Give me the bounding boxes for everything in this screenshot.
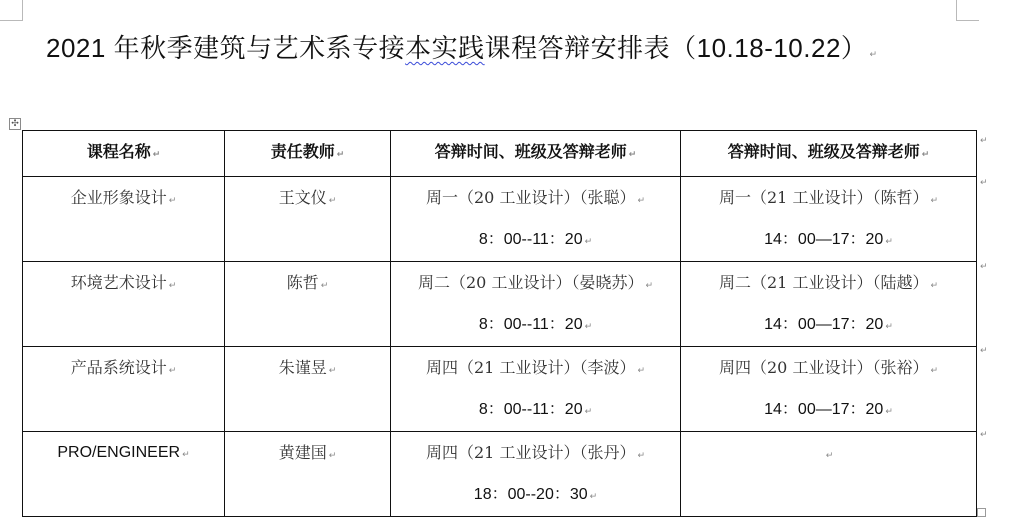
- cell-session-2[interactable]: 周二（21 工业设计）（陆越）↵14：00—17：20↵: [681, 262, 977, 347]
- cell-session-2-empty[interactable]: ↵: [681, 432, 977, 517]
- cell-course[interactable]: 环境艺术设计↵: [23, 262, 225, 347]
- cell-mark-icon: ↵: [153, 150, 161, 160]
- page-margin-corner-top-left: [0, 0, 23, 21]
- cell-teacher[interactable]: 王文仪↵: [225, 177, 391, 262]
- cell-mark-icon: ↵: [885, 322, 893, 332]
- document-title[interactable]: 2021 年秋季建筑与艺术系专接本实践课程答辩安排表（10.18-10.22）↵: [46, 28, 877, 65]
- cell-teacher[interactable]: 陈哲↵: [225, 262, 391, 347]
- cell-mark-icon: ↵: [590, 492, 598, 502]
- paragraph-mark-icon: ↵: [869, 50, 877, 60]
- schedule-table: 课程名称↵ 责任教师↵ 答辩时间、班级及答辩老师↵ 答辩时间、班级及答辩老师↵ …: [22, 130, 977, 517]
- cell-teacher[interactable]: 黄建国↵: [225, 432, 391, 517]
- cell-session-1[interactable]: 周一（20 工业设计）（张聪）↵8：00--11：20↵: [391, 177, 681, 262]
- cell-session-2[interactable]: 周四（20 工业设计）（张裕）↵14：00—17：20↵: [681, 347, 977, 432]
- cell-mark-icon: ↵: [585, 322, 593, 332]
- cell-mark-icon: ↵: [321, 281, 329, 291]
- cell-mark-icon: ↵: [329, 451, 337, 461]
- header-course[interactable]: 课程名称↵: [23, 131, 225, 177]
- table-resize-handle[interactable]: [977, 508, 986, 517]
- title-text-2: 课程答辩安排表（: [485, 34, 697, 64]
- cell-mark-icon: ↵: [169, 366, 177, 376]
- title-spellcheck-underlined: 本实践: [405, 34, 485, 64]
- row-end-mark-icon: ↵: [980, 262, 988, 272]
- table-row: PRO/ENGINEER↵ 黄建国↵ 周四（21 工业设计）（张丹）↵18：00…: [23, 432, 977, 517]
- table-header-row: 课程名称↵ 责任教师↵ 答辩时间、班级及答辩老师↵ 答辩时间、班级及答辩老师↵: [23, 131, 977, 177]
- cell-mark-icon: ↵: [329, 366, 337, 376]
- cell-mark-icon: ↵: [885, 237, 893, 247]
- paragraph-mark-icon: ↵: [637, 366, 645, 376]
- title-close-paren: ）: [841, 34, 868, 64]
- cell-mark-icon: ↵: [169, 196, 177, 206]
- cell-session-1[interactable]: 周二（20 工业设计）（晏晓苏）↵8：00--11：20↵: [391, 262, 681, 347]
- cell-mark-icon: ↵: [826, 451, 834, 461]
- cell-mark-icon: ↵: [922, 150, 930, 160]
- paragraph-mark-icon: ↵: [930, 281, 938, 291]
- table-row: 产品系统设计↵ 朱谨昱↵ 周四（21 工业设计）（李波）↵8：00--11：20…: [23, 347, 977, 432]
- title-text-1: 年秋季建筑与艺术系专接: [114, 34, 406, 64]
- table-row: 企业形象设计↵ 王文仪↵ 周一（20 工业设计）（张聪）↵8：00--11：20…: [23, 177, 977, 262]
- table-move-handle-icon[interactable]: ✣: [9, 118, 21, 130]
- header-teacher[interactable]: 责任教师↵: [225, 131, 391, 177]
- cell-mark-icon: ↵: [337, 150, 345, 160]
- paragraph-mark-icon: ↵: [930, 366, 938, 376]
- cell-mark-icon: ↵: [585, 407, 593, 417]
- cell-course[interactable]: 企业形象设计↵: [23, 177, 225, 262]
- cell-mark-icon: ↵: [629, 150, 637, 160]
- header-session-1[interactable]: 答辩时间、班级及答辩老师↵: [391, 131, 681, 177]
- cell-session-2[interactable]: 周一（21 工业设计）（陈哲）↵14：00—17：20↵: [681, 177, 977, 262]
- title-year: 2021: [46, 33, 114, 63]
- cell-session-1[interactable]: 周四（21 工业设计）（张丹）↵18：00--20：30↵: [391, 432, 681, 517]
- title-date-range: 10.18-10.22: [697, 33, 841, 63]
- row-end-mark-icon: ↵: [980, 430, 988, 440]
- paragraph-mark-icon: ↵: [637, 196, 645, 206]
- row-end-mark-icon: ↵: [980, 346, 988, 356]
- cell-teacher[interactable]: 朱谨昱↵: [225, 347, 391, 432]
- cell-session-1[interactable]: 周四（21 工业设计）（李波）↵8：00--11：20↵: [391, 347, 681, 432]
- cell-mark-icon: ↵: [182, 450, 190, 460]
- paragraph-mark-icon: ↵: [637, 451, 645, 461]
- cell-mark-icon: ↵: [885, 407, 893, 417]
- cell-course[interactable]: PRO/ENGINEER↵: [23, 432, 225, 517]
- cell-mark-icon: ↵: [329, 196, 337, 206]
- header-session-2[interactable]: 答辩时间、班级及答辩老师↵: [681, 131, 977, 177]
- paragraph-mark-icon: ↵: [645, 281, 653, 291]
- row-end-mark-icon: ↵: [980, 178, 988, 188]
- cell-course[interactable]: 产品系统设计↵: [23, 347, 225, 432]
- cell-mark-icon: ↵: [169, 281, 177, 291]
- paragraph-mark-icon: ↵: [930, 196, 938, 206]
- row-end-mark-icon: ↵: [980, 136, 988, 146]
- page-margin-corner-top-right: [956, 0, 979, 21]
- table-row: 环境艺术设计↵ 陈哲↵ 周二（20 工业设计）（晏晓苏）↵8：00--11：20…: [23, 262, 977, 347]
- cell-mark-icon: ↵: [585, 237, 593, 247]
